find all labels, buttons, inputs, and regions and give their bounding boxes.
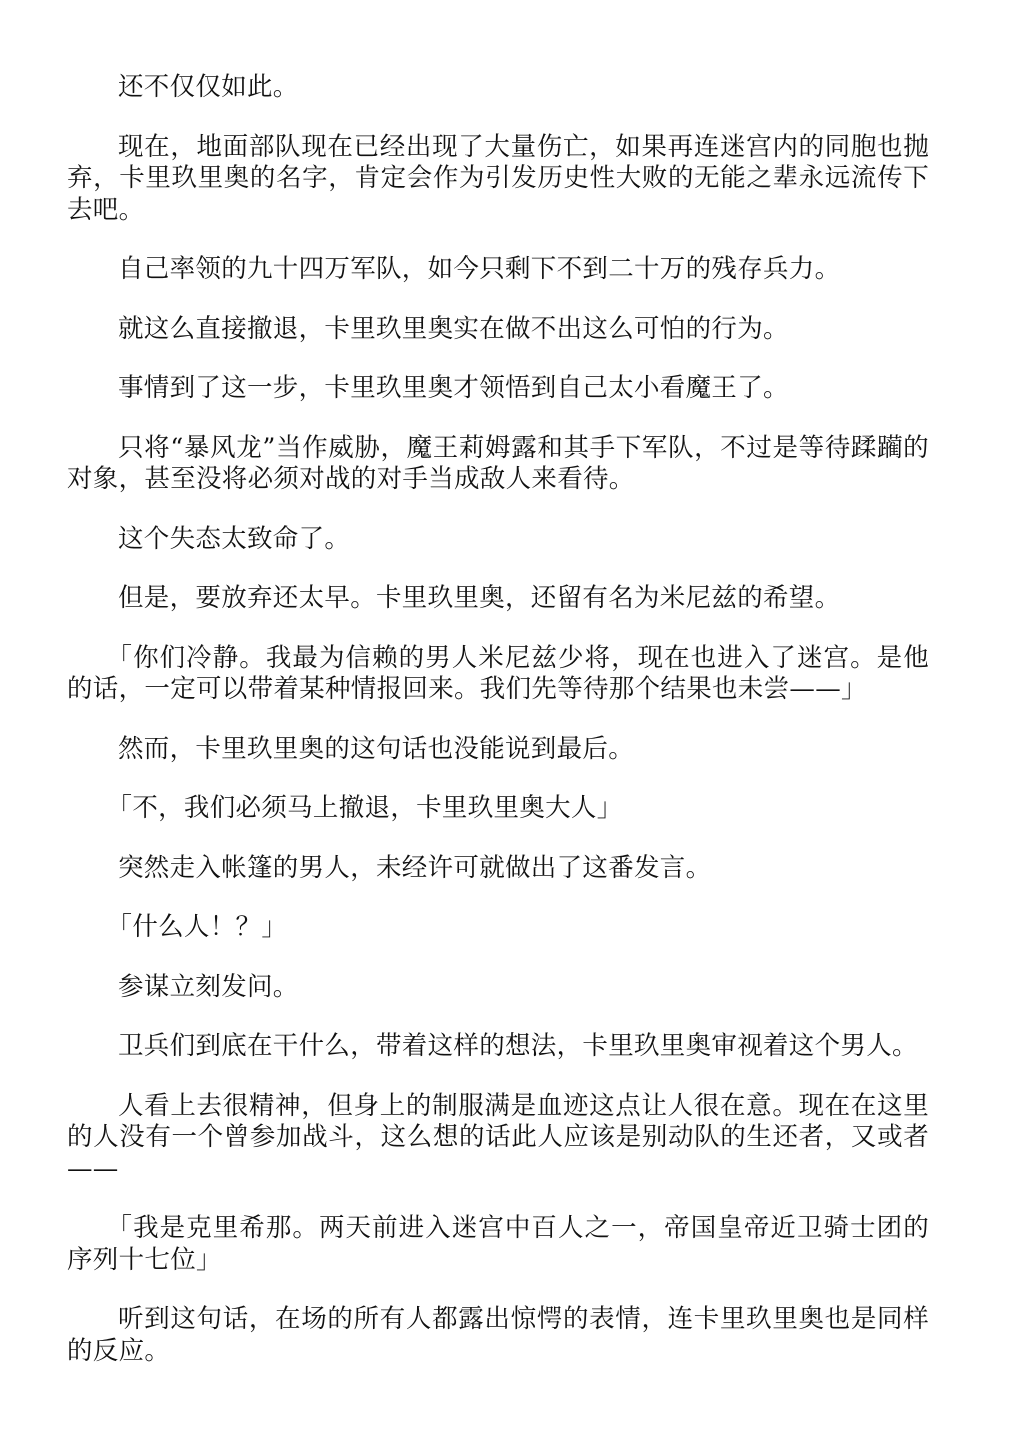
paragraph: 参谋立刻发问。	[67, 972, 929, 1004]
dialogue-paragraph: 「我是克里希那。两天前进入迷宫中百人之一，帝国皇帝近卫骑士团的序列十七位」	[67, 1213, 929, 1276]
document-page: 还不仅仅如此。 现在，地面部队现在已经出现了大量伤亡，如果再连迷宫内的同胞也抛弃…	[67, 72, 929, 1395]
paragraph: 然而，卡里玖里奥的这句话也没能说到最后。	[67, 734, 929, 766]
paragraph: 自己率领的九十四万军队，如今只剩下不到二十万的残存兵力。	[67, 254, 929, 286]
paragraph: 突然走入帐篷的男人，未经许可就做出了这番发言。	[67, 853, 929, 885]
paragraph: 现在，地面部队现在已经出现了大量伤亡，如果再连迷宫内的同胞也抛弃，卡里玖里奥的名…	[67, 132, 929, 227]
paragraph: 事情到了这一步，卡里玖里奥才领悟到自己太小看魔王了。	[67, 373, 929, 405]
dialogue-paragraph: 「什么人！？」	[67, 912, 929, 944]
paragraph: 只将“暴风龙”当作威胁，魔王莉姆露和其手下军队，不过是等待蹂躏的对象，甚至没将必…	[67, 433, 929, 496]
paragraph: 还不仅仅如此。	[67, 72, 929, 104]
paragraph: 就这么直接撤退，卡里玖里奥实在做不出这么可怕的行为。	[67, 314, 929, 346]
paragraph: 卫兵们到底在干什么，带着这样的想法，卡里玖里奥审视着这个男人。	[67, 1031, 929, 1063]
paragraph: 但是，要放弃还太早。卡里玖里奥，还留有名为米尼兹的希望。	[67, 583, 929, 615]
paragraph: 听到这句话，在场的所有人都露出惊愕的表情，连卡里玖里奥也是同样的反应。	[67, 1304, 929, 1367]
paragraph: 人看上去很精神，但身上的制服满是血迹这点让人很在意。现在在这里的人没有一个曾参加…	[67, 1091, 929, 1186]
dialogue-paragraph: 「你们冷静。我最为信赖的男人米尼兹少将，现在也进入了迷宫。是他的话，一定可以带着…	[67, 643, 929, 706]
dialogue-paragraph: 「不，我们必须马上撤退，卡里玖里奥大人」	[67, 793, 929, 825]
paragraph: 这个失态太致命了。	[67, 524, 929, 556]
